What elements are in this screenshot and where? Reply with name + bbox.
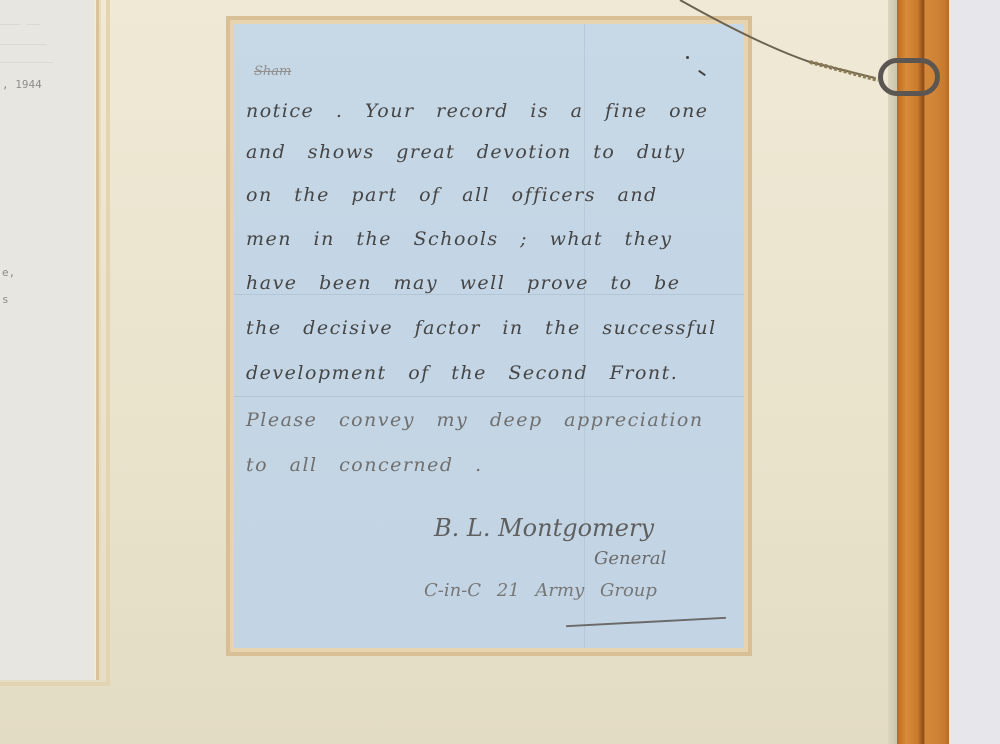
signature-appointment: C-in-C 21 Army Group — [424, 580, 657, 601]
left-doc-fragment: e, — [2, 266, 15, 279]
signature-rank: General — [594, 548, 666, 569]
left-doc-fragment: s — [2, 293, 9, 306]
letter-line: on the part of all officers and — [246, 184, 658, 206]
letter-line: men in the Schools ; what they — [246, 228, 672, 250]
paper-fold — [234, 294, 744, 295]
paper-fold — [234, 396, 744, 397]
letter-line: Please convey my deep appreciation — [246, 409, 704, 431]
signature: B. L. Montgomery — [434, 514, 654, 542]
letter-line: and shows great devotion to duty — [246, 141, 686, 163]
letter-line: to all concerned . — [246, 454, 483, 476]
letter-line: development of the Second Front. — [246, 362, 678, 384]
hanging-wire — [0, 0, 1000, 120]
letter-line: have been may well prove to be — [246, 272, 681, 294]
letter-line: the decisive factor in the successful — [246, 317, 717, 339]
hanger-ring — [878, 58, 940, 96]
signature-underline — [566, 617, 726, 627]
